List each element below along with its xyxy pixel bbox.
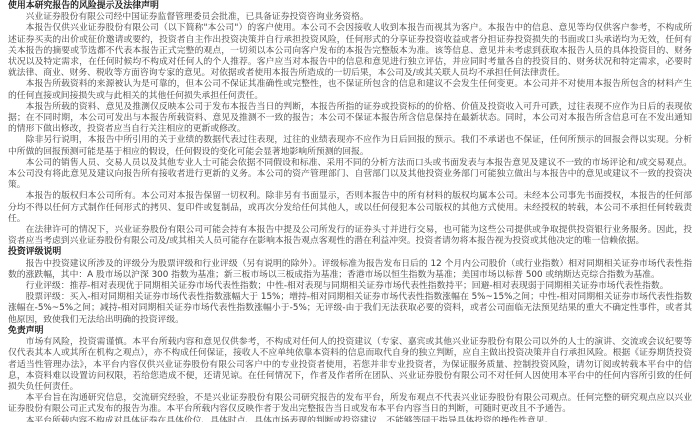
paragraph-conflict-of-interest: 在法律许可的情况下，兴业证券股份有限公司可能会持有本报告中提及公司所发行的证券头… (8, 225, 692, 247)
section-heading-legal-notice: 使用本研究报告的风险提示及法律声明 (8, 1, 692, 12)
paragraph-qualification: 兴业证券股份有限公司经中国证券监督管理委员会批准，已具备证券投资咨询业务资格。 (8, 12, 692, 23)
paragraph-rating-standard: 报告中投资建议所涉及的评级分为股票评级和行业评级（另有说明的除外）。评级标准为报… (8, 259, 692, 281)
paragraph-past-performance: 除非另行说明，本报告中所引用的关于业绩的数据代表过往表现，过往的业绩表现亦不应作… (8, 135, 692, 157)
paragraph-industry-rating: 行业评级：推荐-相对表现优于同期相关证券市场代表性指数；中性-相对表现与同期相关… (8, 281, 692, 292)
section-heading-disclaimer: 免责声明 (8, 326, 692, 337)
paragraph-staff-differing-views: 本公司的销售人员、交易人员以及其他专业人士可能会依据不同假设和标准、采用不同的分… (8, 158, 692, 192)
disclaimer-document: 使用本研究报告的风险提示及法律声明 兴业证券股份有限公司经中国证券监督管理委员会… (0, 0, 700, 422)
paragraph-no-specific-advice: 本平台所载内容不构成对具体证券在具体价位、具体时点、具体市场表现的判断或投资建议… (8, 416, 692, 422)
paragraph-stock-rating: 股票评级：买入-相对同期相关证券市场代表性指数涨幅大于 15%；增持-相对同期相… (8, 292, 692, 326)
section-heading-rating: 投资评级说明 (8, 247, 692, 258)
paragraph-copyright: 本报告的版权归本公司所有。本公司对本报告保留一切权利。除非另有书面显示，否则本报… (8, 191, 692, 225)
paragraph-platform-purpose: 本平台旨在沟通研究信息，交流研究经验，不是兴业证券股份有限公司研究报告的发布平台… (8, 393, 692, 415)
paragraph-client-use: 本报告仅供兴业证券股份有限公司（以下简称"本公司"）的客户使用。本公司不会因接收… (8, 23, 692, 79)
paragraph-market-risk: 市场有风险，投资需谨慎。本平台所载内容和意见仅供参考，不构成对任何人的投资建议（… (8, 337, 692, 393)
paragraph-source-reliability: 本报告所载资料的来源被认为是可靠的，但本公司不保证其准确性或完整性，也不保证所包… (8, 79, 692, 101)
paragraph-opinions-as-of-date: 本报告所载的资料、意见及推测仅反映本公司于发布本报告当日的判断，本报告所指的证券… (8, 102, 692, 136)
